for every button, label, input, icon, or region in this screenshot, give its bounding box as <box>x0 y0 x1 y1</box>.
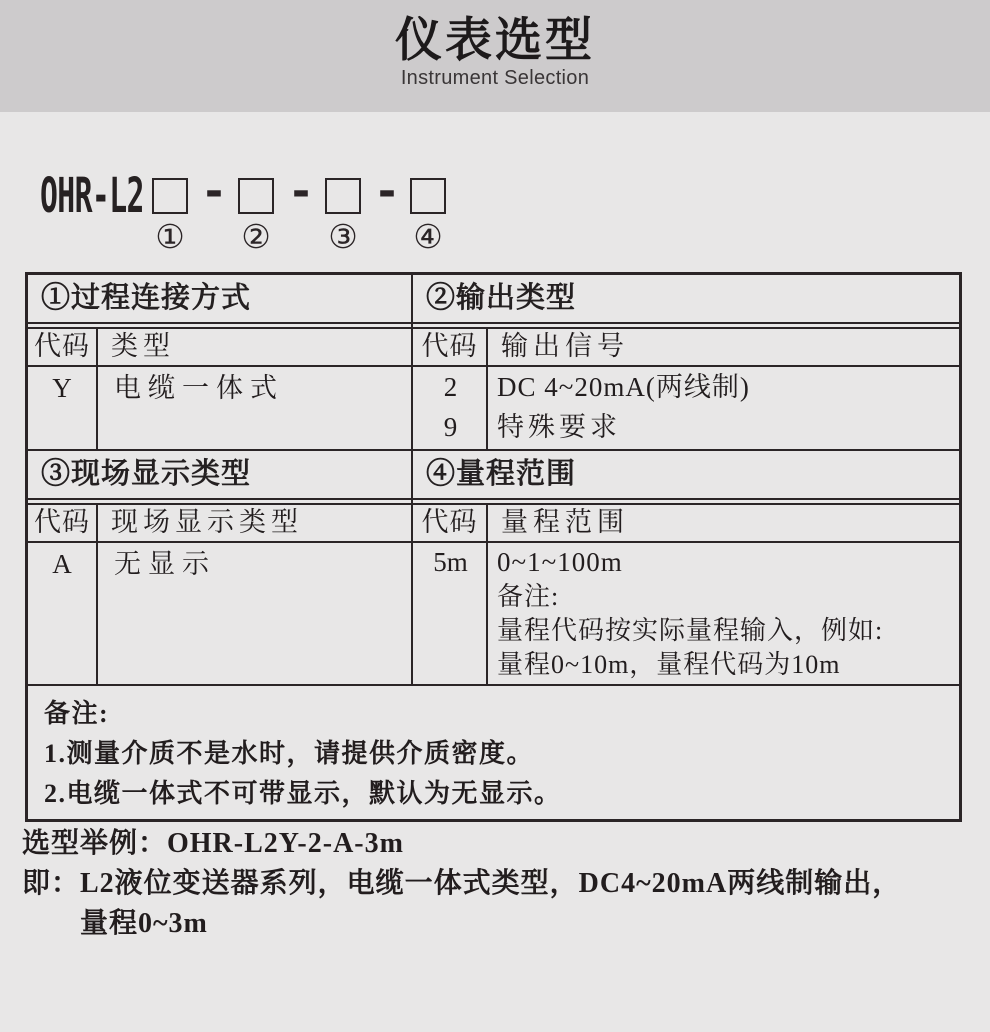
section-2-title: ②输出类型 <box>413 275 959 322</box>
column-divider <box>486 367 488 449</box>
model-code-prefix: OHR-L2 <box>40 178 144 214</box>
output-options: 2 DC 4~20mA(两线制) 9 特殊要求 <box>413 367 959 449</box>
table-notes: 备注: 1.测量介质不是水时，请提供介质密度。 2.电缆一体式不可带显示，默认为… <box>28 686 959 819</box>
output-signal-2: DC 4~20mA(两线制) <box>488 367 959 407</box>
section-4-code-header: 代码 <box>413 505 488 541</box>
page-subtitle: Instrument Selection <box>0 66 990 90</box>
section-1-title: ①过程连接方式 <box>28 275 413 322</box>
range-note-title: 备注: <box>497 580 959 614</box>
ordering-example: 选型举例：OHR-L2Y-2-A-3m 即：L2液位变送器系列，电缆一体式类型，… <box>22 824 972 944</box>
connection-type: 电缆一体式 <box>98 367 413 449</box>
range-value: 0~1~100m <box>488 543 959 580</box>
output-code-2: 2 <box>413 367 488 407</box>
model-code-separator-2: - <box>287 174 315 210</box>
section-4-range-header: 量程范围 <box>488 505 959 541</box>
column-header-row-2: 代码 现场显示类型 代码 量程范围 <box>28 503 959 543</box>
range-code: 5m <box>413 543 488 580</box>
output-option-row: 2 DC 4~20mA(两线制) <box>413 367 959 407</box>
notes-title: 备注: <box>44 694 941 734</box>
section-1-code-header: 代码 <box>28 329 98 365</box>
page: 仪表选型 Instrument Selection OHR-L2 - - - ①… <box>0 0 990 1032</box>
model-code-box-1 <box>152 178 188 214</box>
model-code-index-3: ③ <box>325 218 361 256</box>
column-header-row-1: 代码 类型 代码 输出信号 <box>28 327 959 367</box>
section-4-title: ④量程范围 <box>413 451 959 498</box>
page-header: 仪表选型 Instrument Selection <box>0 0 990 112</box>
output-option-row: 9 特殊要求 <box>413 407 959 447</box>
column-divider <box>486 543 488 684</box>
model-code-box-4 <box>410 178 446 214</box>
example-explanation-line-2: 量程0~3m <box>80 904 972 944</box>
section-2-code-header: 代码 <box>413 329 488 365</box>
section-3-title: ③现场显示类型 <box>28 451 413 498</box>
range-option-row: 5m 0~1~100m <box>413 543 959 580</box>
note-item-2: 2.电缆一体式不可带显示，默认为无显示。 <box>44 774 941 814</box>
model-code-index-2: ② <box>238 218 274 256</box>
section-1-type-header: 类型 <box>98 329 413 365</box>
example-explanation-line-1: 即：L2液位变送器系列，电缆一体式类型，DC4~20mA两线制输出， <box>22 864 972 904</box>
model-code-box-2 <box>238 178 274 214</box>
range-options: 5m 0~1~100m 备注: 量程代码按实际量程输入，例如: 量程0~10m，… <box>413 543 959 684</box>
section-2-signal-header: 输出信号 <box>488 329 959 365</box>
section-header-row-1: ①过程连接方式 ②输出类型 <box>28 275 959 324</box>
data-row-connection-output: Y 电缆一体式 2 DC 4~20mA(两线制) 9 特殊要求 <box>28 367 959 451</box>
model-code-separator-3: - <box>373 174 401 210</box>
section-3-display-header: 现场显示类型 <box>98 505 413 541</box>
display-code: A <box>28 543 98 684</box>
page-title: 仪表选型 <box>0 0 990 66</box>
selection-table: ①过程连接方式 ②输出类型 代码 类型 代码 输出信号 Y 电缆一体式 2 DC… <box>25 272 962 822</box>
double-rule-gap <box>28 324 959 327</box>
example-model-line: 选型举例：OHR-L2Y-2-A-3m <box>22 824 972 864</box>
model-code-box-3 <box>325 178 361 214</box>
section-3-code-header: 代码 <box>28 505 98 541</box>
model-code-index-1: ① <box>152 218 188 256</box>
range-note-line-2: 量程0~10m，量程代码为10m <box>497 648 959 682</box>
data-row-display-range: A 无显示 5m 0~1~100m 备注: 量程代码按实际量程输入，例如: 量程… <box>28 543 959 686</box>
range-note-line-1: 量程代码按实际量程输入，例如: <box>497 614 959 648</box>
model-code-diagram: OHR-L2 - - - ① ② ③ ④ <box>40 168 520 263</box>
model-code-separator-1: - <box>200 174 228 210</box>
connection-code: Y <box>28 367 98 449</box>
model-code-index-4: ④ <box>410 218 446 256</box>
display-type: 无显示 <box>98 543 413 684</box>
note-item-1: 1.测量介质不是水时，请提供介质密度。 <box>44 734 941 774</box>
output-code-9: 9 <box>413 407 488 447</box>
double-rule-gap <box>28 500 959 503</box>
output-signal-9: 特殊要求 <box>488 407 959 447</box>
section-header-row-2: ③现场显示类型 ④量程范围 <box>28 451 959 500</box>
